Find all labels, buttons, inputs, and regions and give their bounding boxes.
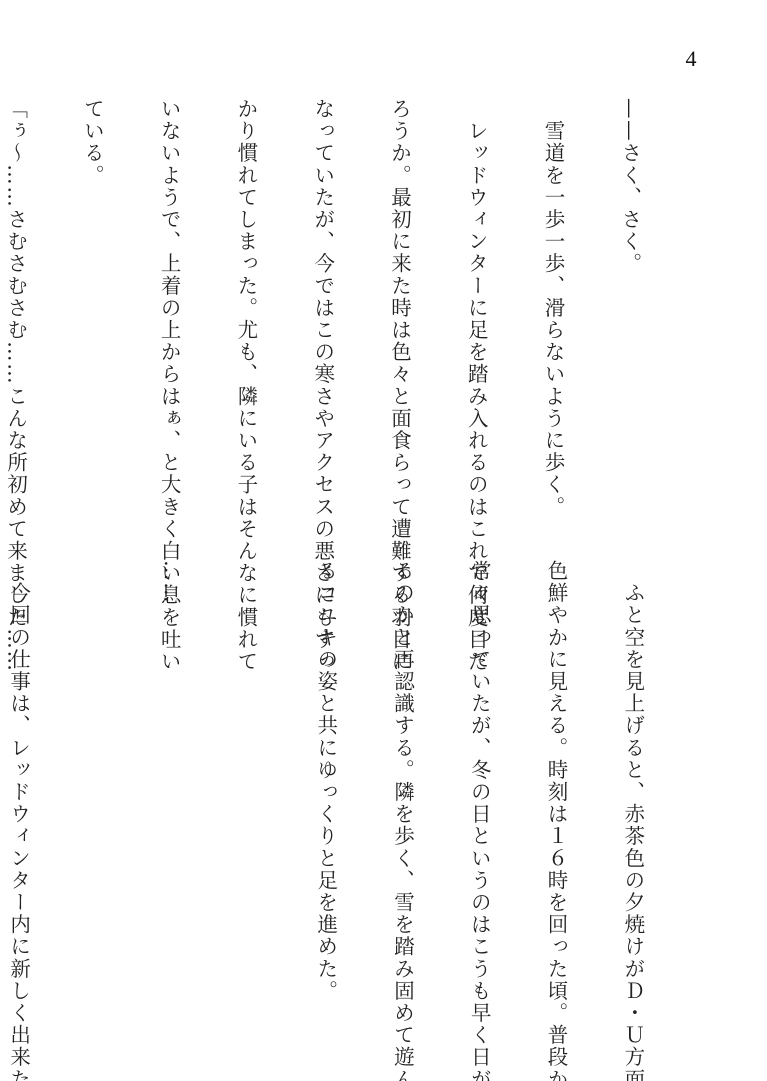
- text-line: 常々思っていたが、冬の日というのはこうも早く日が落ち: [466, 560, 492, 1000]
- text-line: ふと空を見上げると、赤茶色の夕焼けがＤ・Ｕ方面から: [619, 560, 645, 1000]
- text-line: ている。: [79, 98, 105, 538]
- text-line: 今回の仕事は、レッドウィンター内に新しく出来た温泉: [5, 560, 31, 1000]
- text-line: なっていたが、今ではこの寒さやアクセスの悪さにもすっ: [309, 98, 335, 538]
- bottom-text-section: ふと空を見上げると、赤茶色の夕焼けがＤ・Ｕ方面から 色鮮やかに見える。時刻は１６…: [0, 560, 696, 1000]
- text-line: 色鮮やかに見える。時刻は１６時を回った頃。普段から: [542, 560, 568, 1000]
- text-line: ——さく、さく。: [616, 98, 642, 538]
- scene-break: ……: [159, 560, 185, 1000]
- text-line: レッドウィンターに足を踏み入れるのはこれで何度目だ: [463, 98, 489, 538]
- text-line: るコユキの姿と共にゆっくりと足を進めた。: [312, 560, 338, 1000]
- text-line: るのかと再認識する。隣を歩く、雪を踏み固めて遊んでい: [389, 560, 415, 1000]
- text-line: 雪道を一歩一歩、滑らないように歩く。: [539, 98, 565, 538]
- text-line: かり慣れてしまった。尤も、隣にいる子はそんなに慣れて: [232, 98, 258, 538]
- text-line: いないようで、上着の上からはぁ、と大きく白い息を吐い: [156, 98, 182, 538]
- top-text-section: ——さく、さく。 雪道を一歩一歩、滑らないように歩く。 レッドウィンターに足を踏…: [0, 98, 693, 538]
- text-line: 「ぅ〜……さむさむさむ……こんな所初めて来ました……: [2, 98, 28, 538]
- blank-line: ​: [82, 560, 108, 1000]
- text-line: ろうか。最初に来た時は色々と面食らって遭難する羽目に: [386, 98, 412, 538]
- page-number: 4: [676, 46, 706, 72]
- blank-line: ​: [235, 560, 261, 1000]
